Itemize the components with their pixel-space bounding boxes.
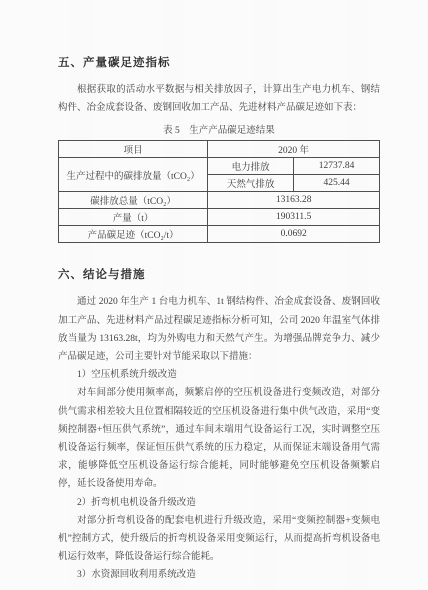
- gas-emission-label: 天然气排放: [208, 175, 294, 192]
- section6-para1: 通过 2020 年生产 1 台电力机车、1t 钢结构件、冶金成套设备、废钢回收加…: [58, 293, 380, 366]
- footprint-value: 0.0692: [208, 226, 380, 243]
- electric-emission-value: 12737.84: [294, 158, 380, 175]
- table-row: 碳排放总量（tCO₂） 13163.28: [59, 192, 380, 209]
- table-row: 产量（t） 190311.5: [59, 209, 380, 226]
- section5-intro: 根据获取的活动水平数据与相关排放因子，计算出生产电力机车、钢结构件、冶金成套设备…: [58, 81, 380, 117]
- measure2-body: 对部分折弯机设备的配套电机进行升级改造，采用“变频控制器+变频电机”控制方式，使…: [58, 512, 380, 567]
- total-emissions-label: 碳排放总量（tCO₂）: [59, 192, 208, 209]
- carbon-footprint-table: 项目 2020 年 生产过程中的碳排放量（tCO₂） 电力排放 12737.84…: [58, 140, 380, 243]
- production-emissions-label: 生产过程中的碳排放量（tCO₂）: [59, 158, 208, 192]
- gas-emission-value: 425.44: [294, 175, 380, 192]
- output-label: 产量（t）: [59, 209, 208, 226]
- table-row: 生产过程中的碳排放量（tCO₂） 电力排放 12737.84: [59, 158, 380, 175]
- section5-heading: 五、产量碳足迹指标: [58, 54, 380, 70]
- total-emissions-value: 13163.28: [208, 192, 380, 209]
- measure3-title: 3）水资源回收利用系统改造: [58, 566, 380, 584]
- measure1-body: 对车间部分使用频率高，频繁启停的空压机设备进行变频改造，对部分供气需求相差较大且…: [58, 384, 380, 493]
- footprint-label: 产品碳足迹（tCO₂/t）: [59, 226, 208, 243]
- electric-emission-label: 电力排放: [208, 158, 294, 175]
- table-row: 产品碳足迹（tCO₂/t） 0.0692: [59, 226, 380, 243]
- document-page: 五、产量碳足迹指标 根据获取的活动水平数据与相关排放因子，计算出生产电力机车、钢…: [0, 0, 428, 590]
- measure1-title: 1）空压机系统升级改造: [58, 366, 380, 384]
- table-header-item: 项目: [59, 141, 208, 158]
- table-caption: 表 5 生产产品碳足迹结果: [58, 122, 380, 136]
- measure2-title: 2）折弯机电机设备升级改造: [58, 494, 380, 512]
- table-row: 项目 2020 年: [59, 141, 380, 158]
- section6-heading: 六、结论与措施: [58, 266, 380, 282]
- table-header-year: 2020 年: [208, 141, 380, 158]
- output-value: 190311.5: [208, 209, 380, 226]
